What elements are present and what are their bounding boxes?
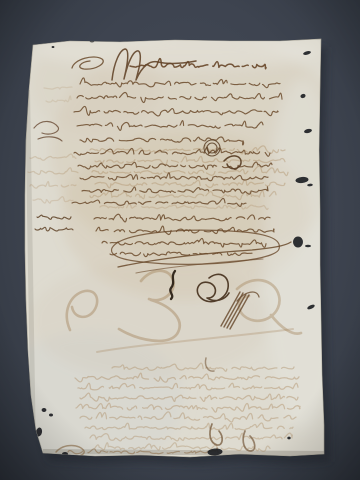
manuscript-photo (0, 0, 360, 480)
photo-vignette (0, 0, 360, 480)
photo-scene (0, 0, 360, 480)
